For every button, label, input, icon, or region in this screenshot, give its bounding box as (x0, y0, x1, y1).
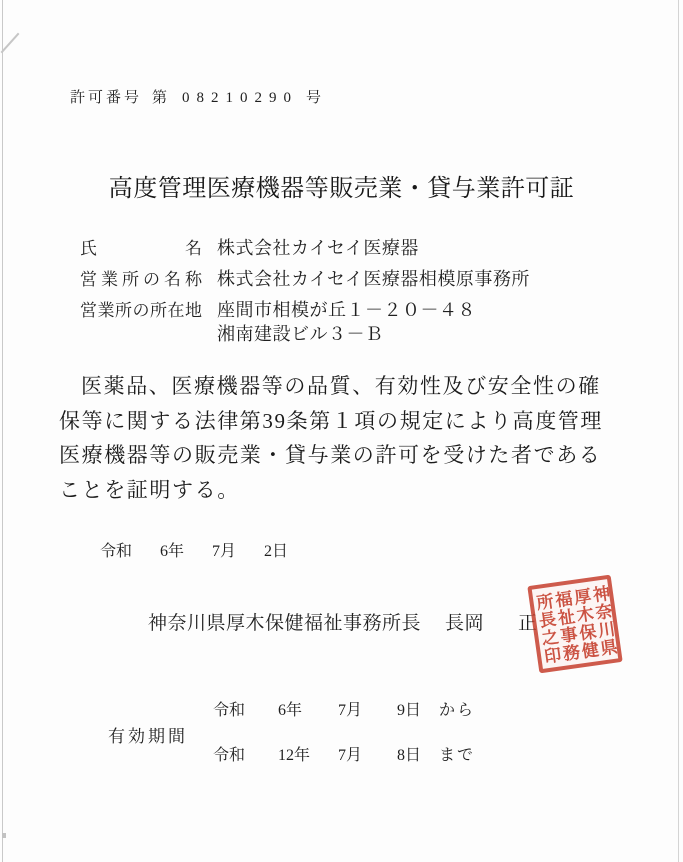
validity-label: 有効期間 (108, 722, 188, 747)
field-row-name: 氏名 株式会社カイセイ医療器 (80, 238, 530, 259)
field-label-office-address: 営業所の所在地 (80, 300, 202, 345)
document-title: 高度管理医療機器等販売業・貸与業許可証 (0, 168, 683, 203)
permit-number-suffix: 号 (306, 86, 322, 107)
official-red-seal: 神奈川県厚木保健福祉事務所長之印 (527, 575, 622, 674)
validity-from-line: 令和 6年 7月 9日 から (213, 697, 475, 717)
issue-date-year: 6年 (160, 538, 184, 561)
field-label-name: 氏名 (80, 238, 202, 259)
validity-to-year: 12年 (278, 742, 338, 762)
scan-corner-artifact (1, 33, 20, 54)
field-value-office-address: 座間市相模が丘１－２０－４８ 湘南建設ビル３－Ｂ (217, 300, 476, 345)
validity-to-day: 8日 (397, 742, 439, 762)
field-label-office-name: 営業所の名称 (80, 269, 202, 290)
issuer-surname: 長岡 (445, 608, 484, 635)
paragraph-line-2: 保等に関する法律第39条第１項の規定により高度管理 (59, 404, 625, 439)
scan-speck (2, 833, 6, 838)
address-line-2: 湘南建設ビル３－Ｂ (217, 324, 476, 345)
permit-number-line: 許可番号 第 08210290 号 (70, 86, 322, 107)
paragraph-line-4: ことを証明する。 (59, 473, 625, 508)
paragraph-line-3: 医療機器等の販売業・貸与業の許可を受けた者である (59, 438, 625, 473)
scan-edge-left (2, 0, 3, 862)
issue-date-day: 2日 (264, 538, 288, 561)
validity-to-suffix: まで (439, 742, 475, 762)
field-value-office-name: 株式会社カイセイ医療器相模原事務所 (217, 269, 530, 290)
address-line-1: 座間市相模が丘１－２０－４８ (217, 300, 476, 320)
validity-from-year: 6年 (278, 697, 338, 717)
issuer-office-title: 神奈川県厚木保健福祉事務所長 (148, 608, 421, 635)
validity-from-day: 9日 (397, 697, 439, 717)
paragraph-line-1: 医薬品、医療機器等の品質、有効性及び安全性の確 (59, 369, 625, 404)
field-row-office-name: 営業所の名称 株式会社カイセイ医療器相模原事務所 (80, 269, 530, 290)
scan-edge-right (678, 0, 679, 862)
validity-from-era: 令和 (213, 697, 278, 717)
validity-to-line: 令和 12年 7月 8日 まで (213, 742, 475, 762)
field-value-name: 株式会社カイセイ医療器 (217, 238, 419, 259)
issuer-line: 神奈川県厚木保健福祉事務所長 長岡 正 (148, 608, 538, 635)
validity-from-month: 7月 (338, 697, 397, 717)
validity-to-era: 令和 (213, 742, 278, 762)
permit-number-prefix: 第 (152, 86, 168, 107)
seal-inscription: 神奈川県厚木保健福祉事務所長之印 (532, 579, 619, 670)
issue-date-month: 7月 (212, 538, 236, 561)
certification-paragraph: 医薬品、医療機器等の品質、有効性及び安全性の確 保等に関する法律第39条第１項の… (59, 369, 625, 507)
permit-number-label: 許可番号 (70, 86, 142, 107)
validity-to-month: 7月 (338, 742, 397, 762)
validity-dates: 令和 6年 7月 9日 から 令和 12年 7月 8日 まで (213, 690, 475, 762)
validity-from-suffix: から (439, 697, 475, 717)
issue-date-line: 令和 6年 7月 2日 (100, 538, 288, 561)
field-row-office-address: 営業所の所在地 座間市相模が丘１－２０－４８ 湘南建設ビル３－Ｂ (80, 300, 530, 345)
permit-number-value: 08210290 (182, 90, 298, 107)
applicant-fields: 氏名 株式会社カイセイ医療器 営業所の名称 株式会社カイセイ医療器相模原事務所 … (80, 238, 530, 355)
issue-date-era: 令和 (100, 538, 132, 561)
permit-certificate-page: 許可番号 第 08210290 号 高度管理医療機器等販売業・貸与業許可証 氏名… (0, 0, 683, 862)
